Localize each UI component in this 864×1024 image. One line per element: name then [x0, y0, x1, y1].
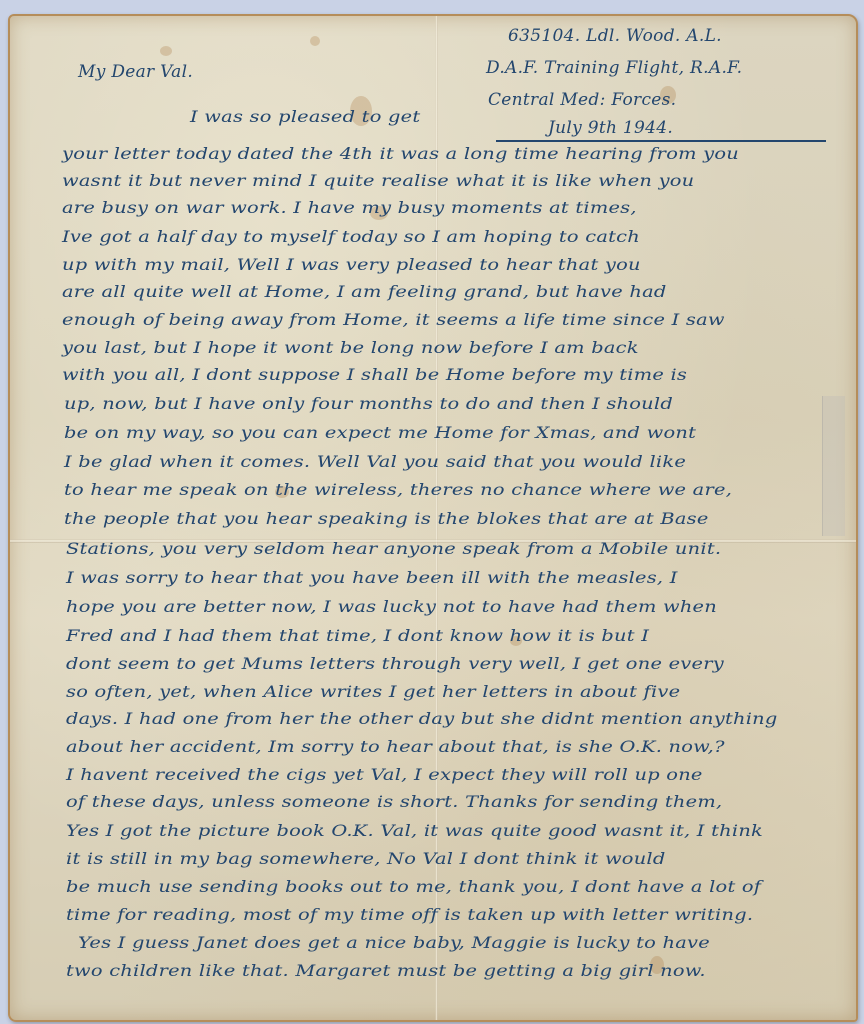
letter-line: of these days, unless someone is short. … — [66, 793, 722, 811]
letter-line: up with my mail, Well I was very pleased… — [62, 256, 641, 274]
letter-line: enough of being away from Home, it seems… — [62, 311, 725, 329]
letter-line: up, now, but I have only four months to … — [64, 395, 673, 413]
letter-line: are busy on war work. I have my busy mom… — [62, 199, 637, 217]
date-underline — [496, 140, 826, 142]
letter-line: are all quite well at Home, I am feeling… — [62, 283, 667, 301]
letter-line: about her accident, Im sorry to hear abo… — [66, 738, 725, 756]
foxing-stain — [310, 36, 320, 46]
letter-line: with you all, I dont suppose I shall be … — [62, 366, 687, 384]
letter-line: Fred and I had them that time, I dont kn… — [66, 627, 649, 645]
letter-line: so often, yet, when Alice writes I get h… — [66, 683, 680, 701]
salutation: My Dear Val. — [78, 62, 193, 82]
letter-line: be on my way, so you can expect me Home … — [64, 424, 696, 442]
letter-date: July 9th 1944. — [548, 118, 673, 138]
command-line: Central Med: Forces. — [488, 90, 676, 110]
letter-line: two children like that. Margaret must be… — [66, 962, 706, 980]
letter-line: it is still in my bag somewhere, No Val … — [66, 850, 666, 868]
letter-line: dont seem to get Mums letters through ve… — [66, 655, 724, 673]
letter-line: I was so pleased to get — [190, 108, 420, 126]
letter-line: time for reading, most of my time off is… — [66, 906, 753, 924]
service-number-line: 635104. Ldl. Wood. A.L. — [508, 26, 722, 46]
letter-line: wasnt it but never mind I quite realise … — [62, 172, 694, 190]
letter-line: Stations, you very seldom hear anyone sp… — [66, 540, 721, 558]
letter-line: Ive got a half day to myself today so I … — [62, 228, 640, 246]
unit-line: D.A.F. Training Flight, R.A.F. — [486, 58, 742, 78]
letter-line: I was sorry to hear that you have been i… — [66, 569, 678, 587]
letter-line: Yes I got the picture book O.K. Val, it … — [66, 822, 763, 840]
letter-line: to hear me speak on the wireless, theres… — [64, 481, 732, 499]
foxing-stain — [160, 46, 172, 56]
letter-line: be much use sending books out to me, tha… — [66, 878, 761, 896]
letter-line: hope you are better now, I was lucky not… — [66, 598, 717, 616]
letter-line: I havent received the cigs yet Val, I ex… — [66, 766, 703, 784]
faint-stamp-mark — [822, 396, 845, 536]
letter-line: Yes I guess Janet does get a nice baby, … — [78, 934, 710, 952]
letter-line: the people that you hear speaking is the… — [64, 510, 709, 528]
letter-line: days. I had one from her the other day b… — [66, 710, 778, 728]
letter-line: you last, but I hope it wont be long now… — [62, 339, 639, 357]
letter-line: I be glad when it comes. Well Val you sa… — [64, 453, 686, 471]
letter-line: your letter today dated the 4th it was a… — [62, 145, 739, 163]
